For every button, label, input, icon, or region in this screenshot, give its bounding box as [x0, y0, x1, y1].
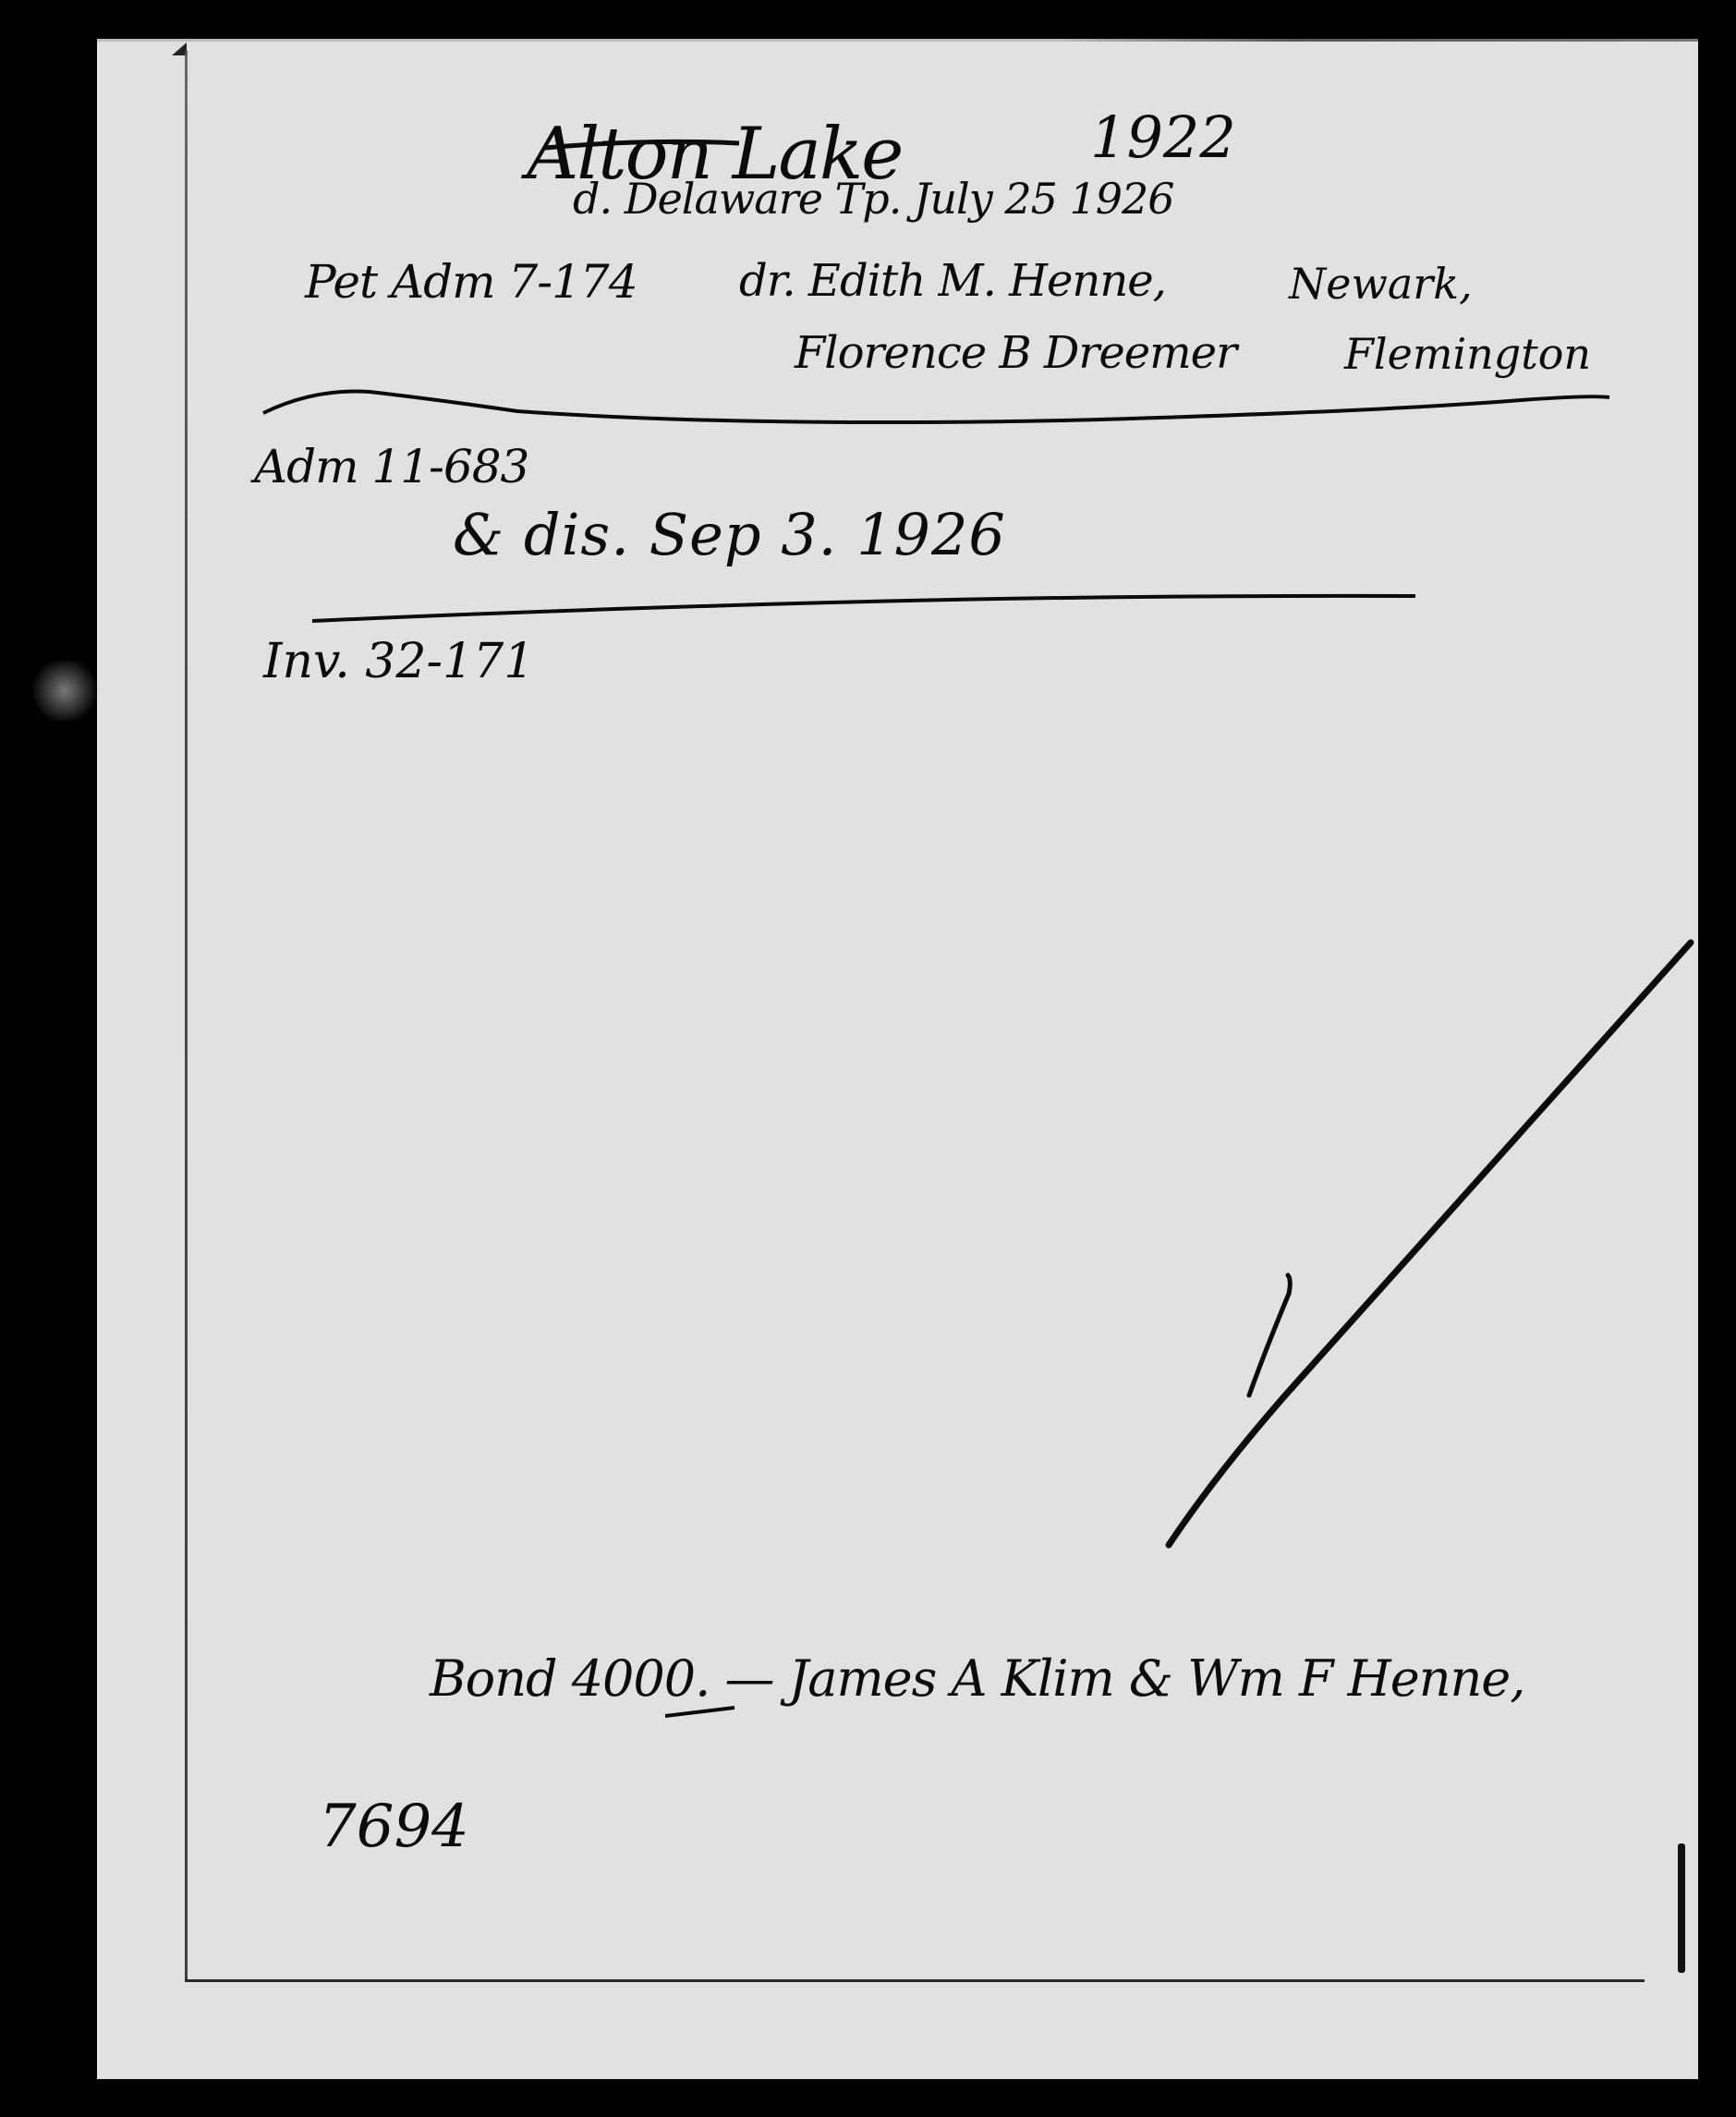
heir-name-1: dr. Edith M. Henne,: [739, 259, 1166, 303]
administration-ref: Adm 11-683: [254, 444, 528, 490]
scan-speckle: [28, 661, 102, 721]
heir-place-1: Newark,: [1289, 262, 1473, 305]
file-number: 7694: [319, 1797, 469, 1856]
death-date-line: d. Delaware Tp. July 25 1926: [573, 177, 1174, 220]
heir-place-2: Flemington: [1344, 333, 1591, 375]
discharge-date: & dis. Sep 3. 1926: [453, 506, 1006, 564]
record-title-year: 1922: [1090, 109, 1236, 166]
page-top-edge: [97, 39, 1698, 42]
right-edge-stain: [1678, 1843, 1685, 1973]
left-fold-line: [185, 51, 188, 1982]
petition-administration-ref: Pet Adm 7-174: [305, 259, 637, 305]
bottom-border-rule: [185, 1979, 1645, 1982]
heir-name-2: Florence B Dreemer: [795, 331, 1236, 375]
inventory-ref: Inv. 32-171: [263, 638, 534, 686]
bond-line: Bond 4000. — James A Klim & Wm F Henne,: [430, 1654, 1524, 1704]
